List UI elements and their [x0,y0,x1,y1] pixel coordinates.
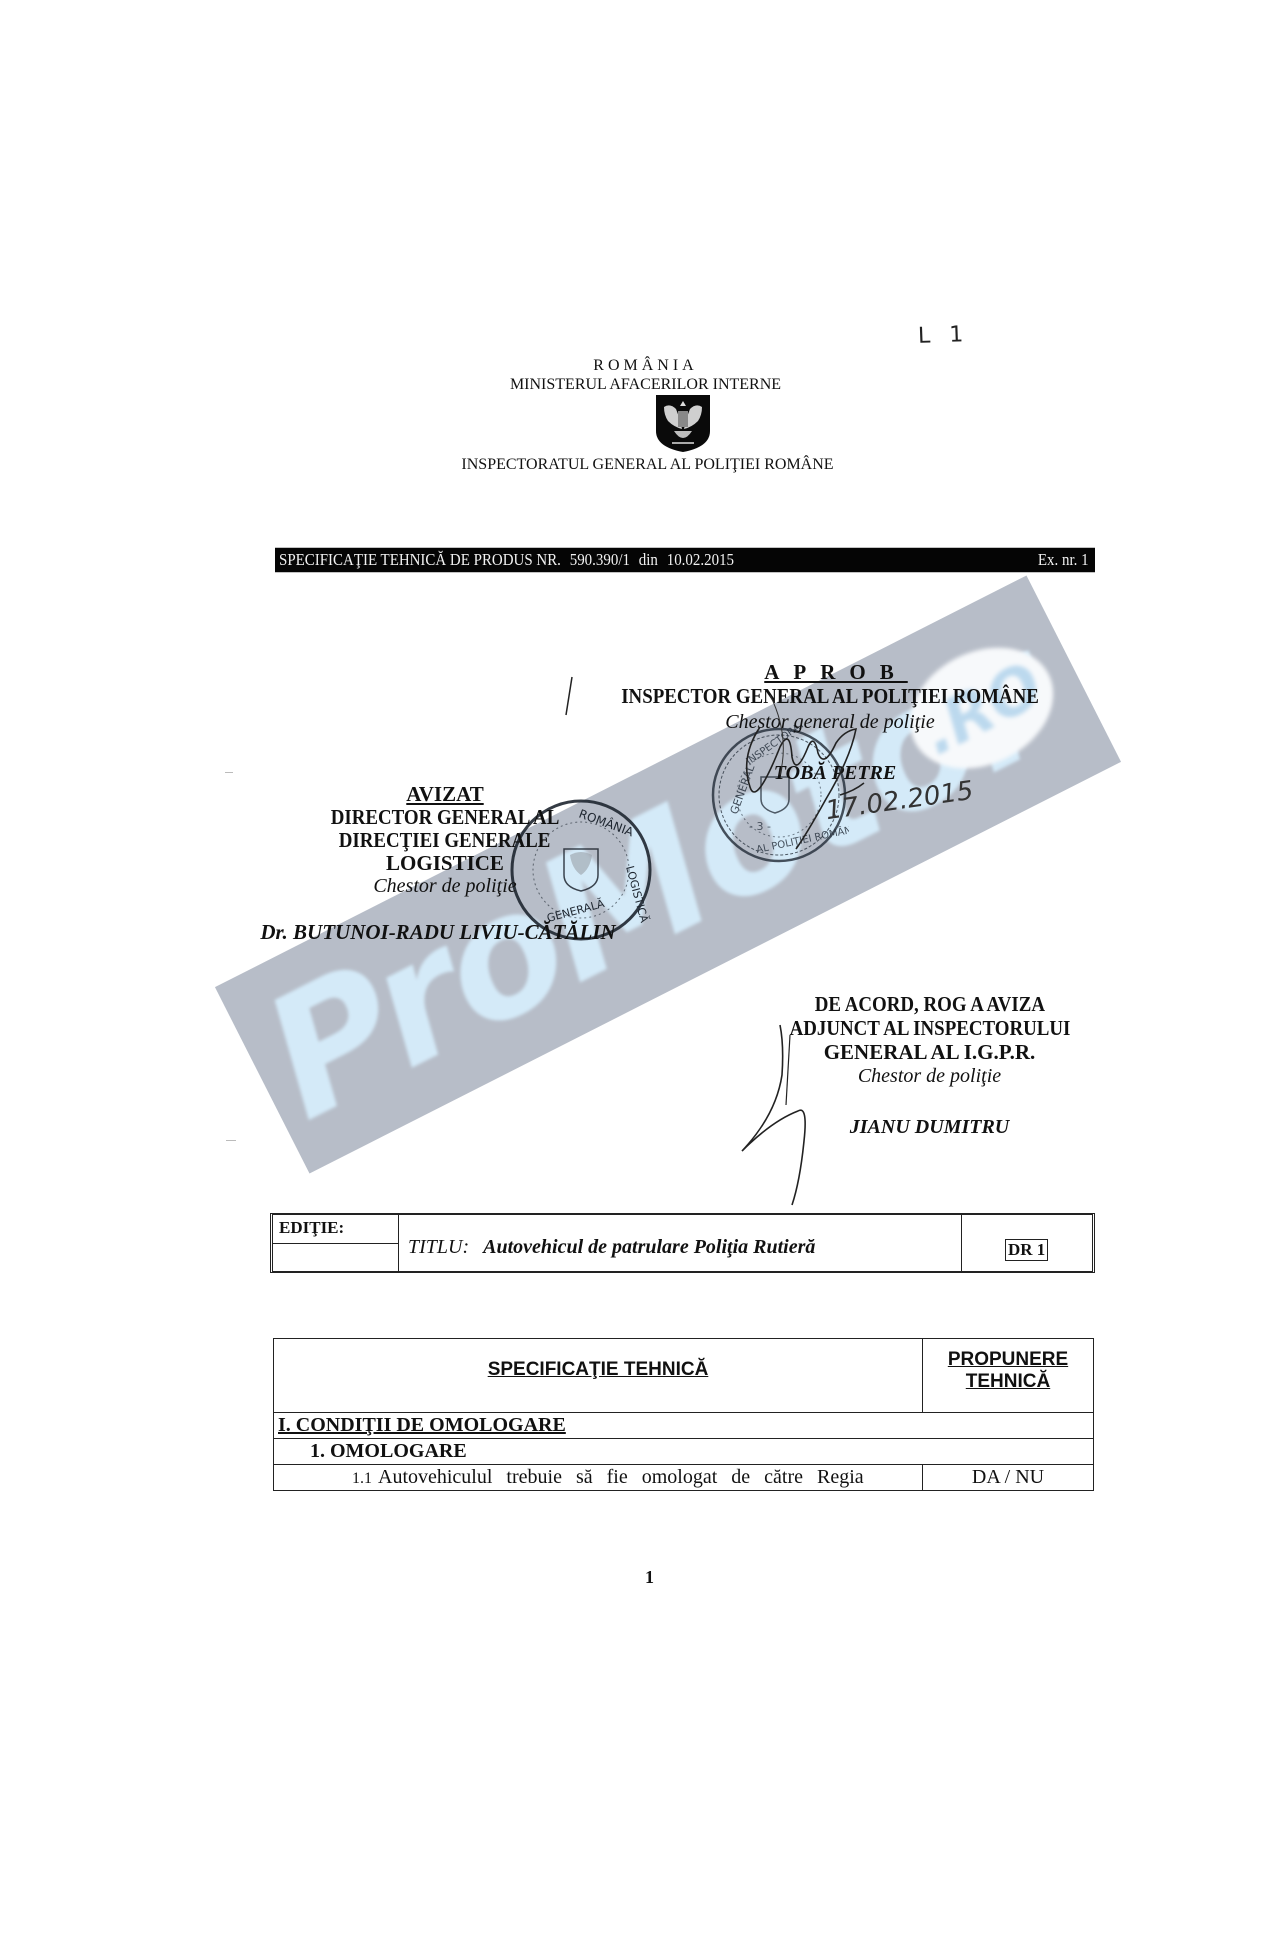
avizat-heading: AVIZAT [310,782,580,806]
avizat-role-line2: DIRECŢIEI GENERALE [339,829,551,852]
spec-title: SPECIFICAŢIE TEHNICĂ DE PRODUS NR. [279,550,561,569]
edition-label: EDIŢIE: [273,1215,398,1244]
avizat-rank: Chestor de poliţie [310,875,580,898]
avizat-role-line3: LOGISTICE [310,852,580,875]
header-proposal: PROPUNERE TEHNICĂ [923,1339,1094,1413]
table-row: 1.1Autovehiculul trebuie să fie omologat… [274,1465,1094,1491]
header-inspectorate: INSPECTORATUL GENERAL AL POLIŢIEI ROMÂNE [10,456,1275,474]
header-ministry: MINISTERUL AFACERILOR INTERNE [8,376,1275,394]
spec-title-group: SPECIFICAŢIE TEHNICĂ DE PRODUS NR.590.39… [279,548,743,572]
spec-din: din [639,550,658,569]
item-answer: DA / NU [923,1465,1094,1491]
avizat-signatory-name: Dr. BUTUNOI-RADU LIVIU-CĂTĂLIN [238,920,638,944]
item-number: 1.1 [352,1470,372,1487]
handwritten-page-mark: L 1 [918,322,970,349]
item-text: Autovehiculul trebuie să fie omologat de… [378,1466,864,1488]
svg-text:- 3 -: - 3 - [749,820,771,833]
page-number: 1 [12,1567,1275,1588]
header-spec: SPECIFICAŢIE TEHNICĂ [274,1339,923,1413]
deacord-heading: DE ACORD, ROG A AVIZA [814,992,1044,1016]
approval-block-de-acord: DE ACORD, ROG A AVIZA ADJUNCT AL INSPECT… [752,992,1107,1139]
aprob-signatory-name: TOBĂ PETRE [585,761,1085,785]
subsection-title: 1. OMOLOGARE [274,1439,1094,1465]
svg-text:ROMÂNIA: ROMÂNIA [577,806,637,840]
approval-block-avizat: AVIZAT DIRECTOR GENERAL AL DIRECŢIEI GEN… [310,782,580,944]
aprob-rank: Chestor general de poliţie [575,710,1085,734]
romanian-coat-of-arms-icon [654,393,712,453]
scan-speck [225,772,233,773]
title-value: Autovehicul de patrulare Poliţia Rutieră [483,1236,815,1259]
aprob-role: INSPECTOR GENERAL AL POLIŢIEI ROMÂNE [621,684,1039,708]
table-row-subsection: 1. OMOLOGARE [274,1439,1094,1465]
section-title: I. CONDIŢII DE OMOLOGARE [278,1414,566,1436]
title-label: TITLU: [408,1236,469,1259]
edition-cell: EDIŢIE: [273,1215,399,1271]
table-header-row: SPECIFICAŢIE TEHNICĂ PROPUNERE TEHNICĂ [274,1339,1094,1413]
spec-table: SPECIFICAŢIE TEHNICĂ PROPUNERE TEHNICĂ I… [273,1338,1094,1491]
deacord-signatory-name: JIANU DUMITRU [752,1115,1107,1139]
deacord-role-line1: ADJUNCT AL INSPECTORULUI [789,1016,1070,1040]
spec-date: 10.02.2015 [667,550,734,569]
document-code-badge: DR 1 [1005,1239,1048,1261]
code-cell: DR 1 [961,1215,1092,1271]
approval-block-aprob: APROB INSPECTOR GENERAL AL POLIŢIEI ROMÂ… [575,660,1085,785]
header-country: ROMÂNIA [8,357,1275,375]
title-cell: TITLU: Autovehicul de patrulare Poliţia … [398,1215,961,1271]
avizat-role-line1: DIRECTOR GENERAL AL [331,806,560,829]
scan-speck [226,1140,236,1141]
document-title-box: EDIŢIE: TITLU: Autovehicul de patrulare … [270,1213,1095,1273]
copy-number: Ex. nr. 1 [1038,548,1089,572]
aprob-heading: APROB [587,660,1085,684]
deacord-rank: Chestor de poliţie [752,1064,1107,1088]
spec-title-bar: SPECIFICAŢIE TEHNICĂ DE PRODUS NR.590.39… [275,548,1095,572]
table-row-section: I. CONDIŢII DE OMOLOGARE [274,1413,1094,1439]
spec-number: 590.390/1 [570,550,630,569]
deacord-role-line2: GENERAL AL I.G.P.R. [752,1040,1107,1064]
